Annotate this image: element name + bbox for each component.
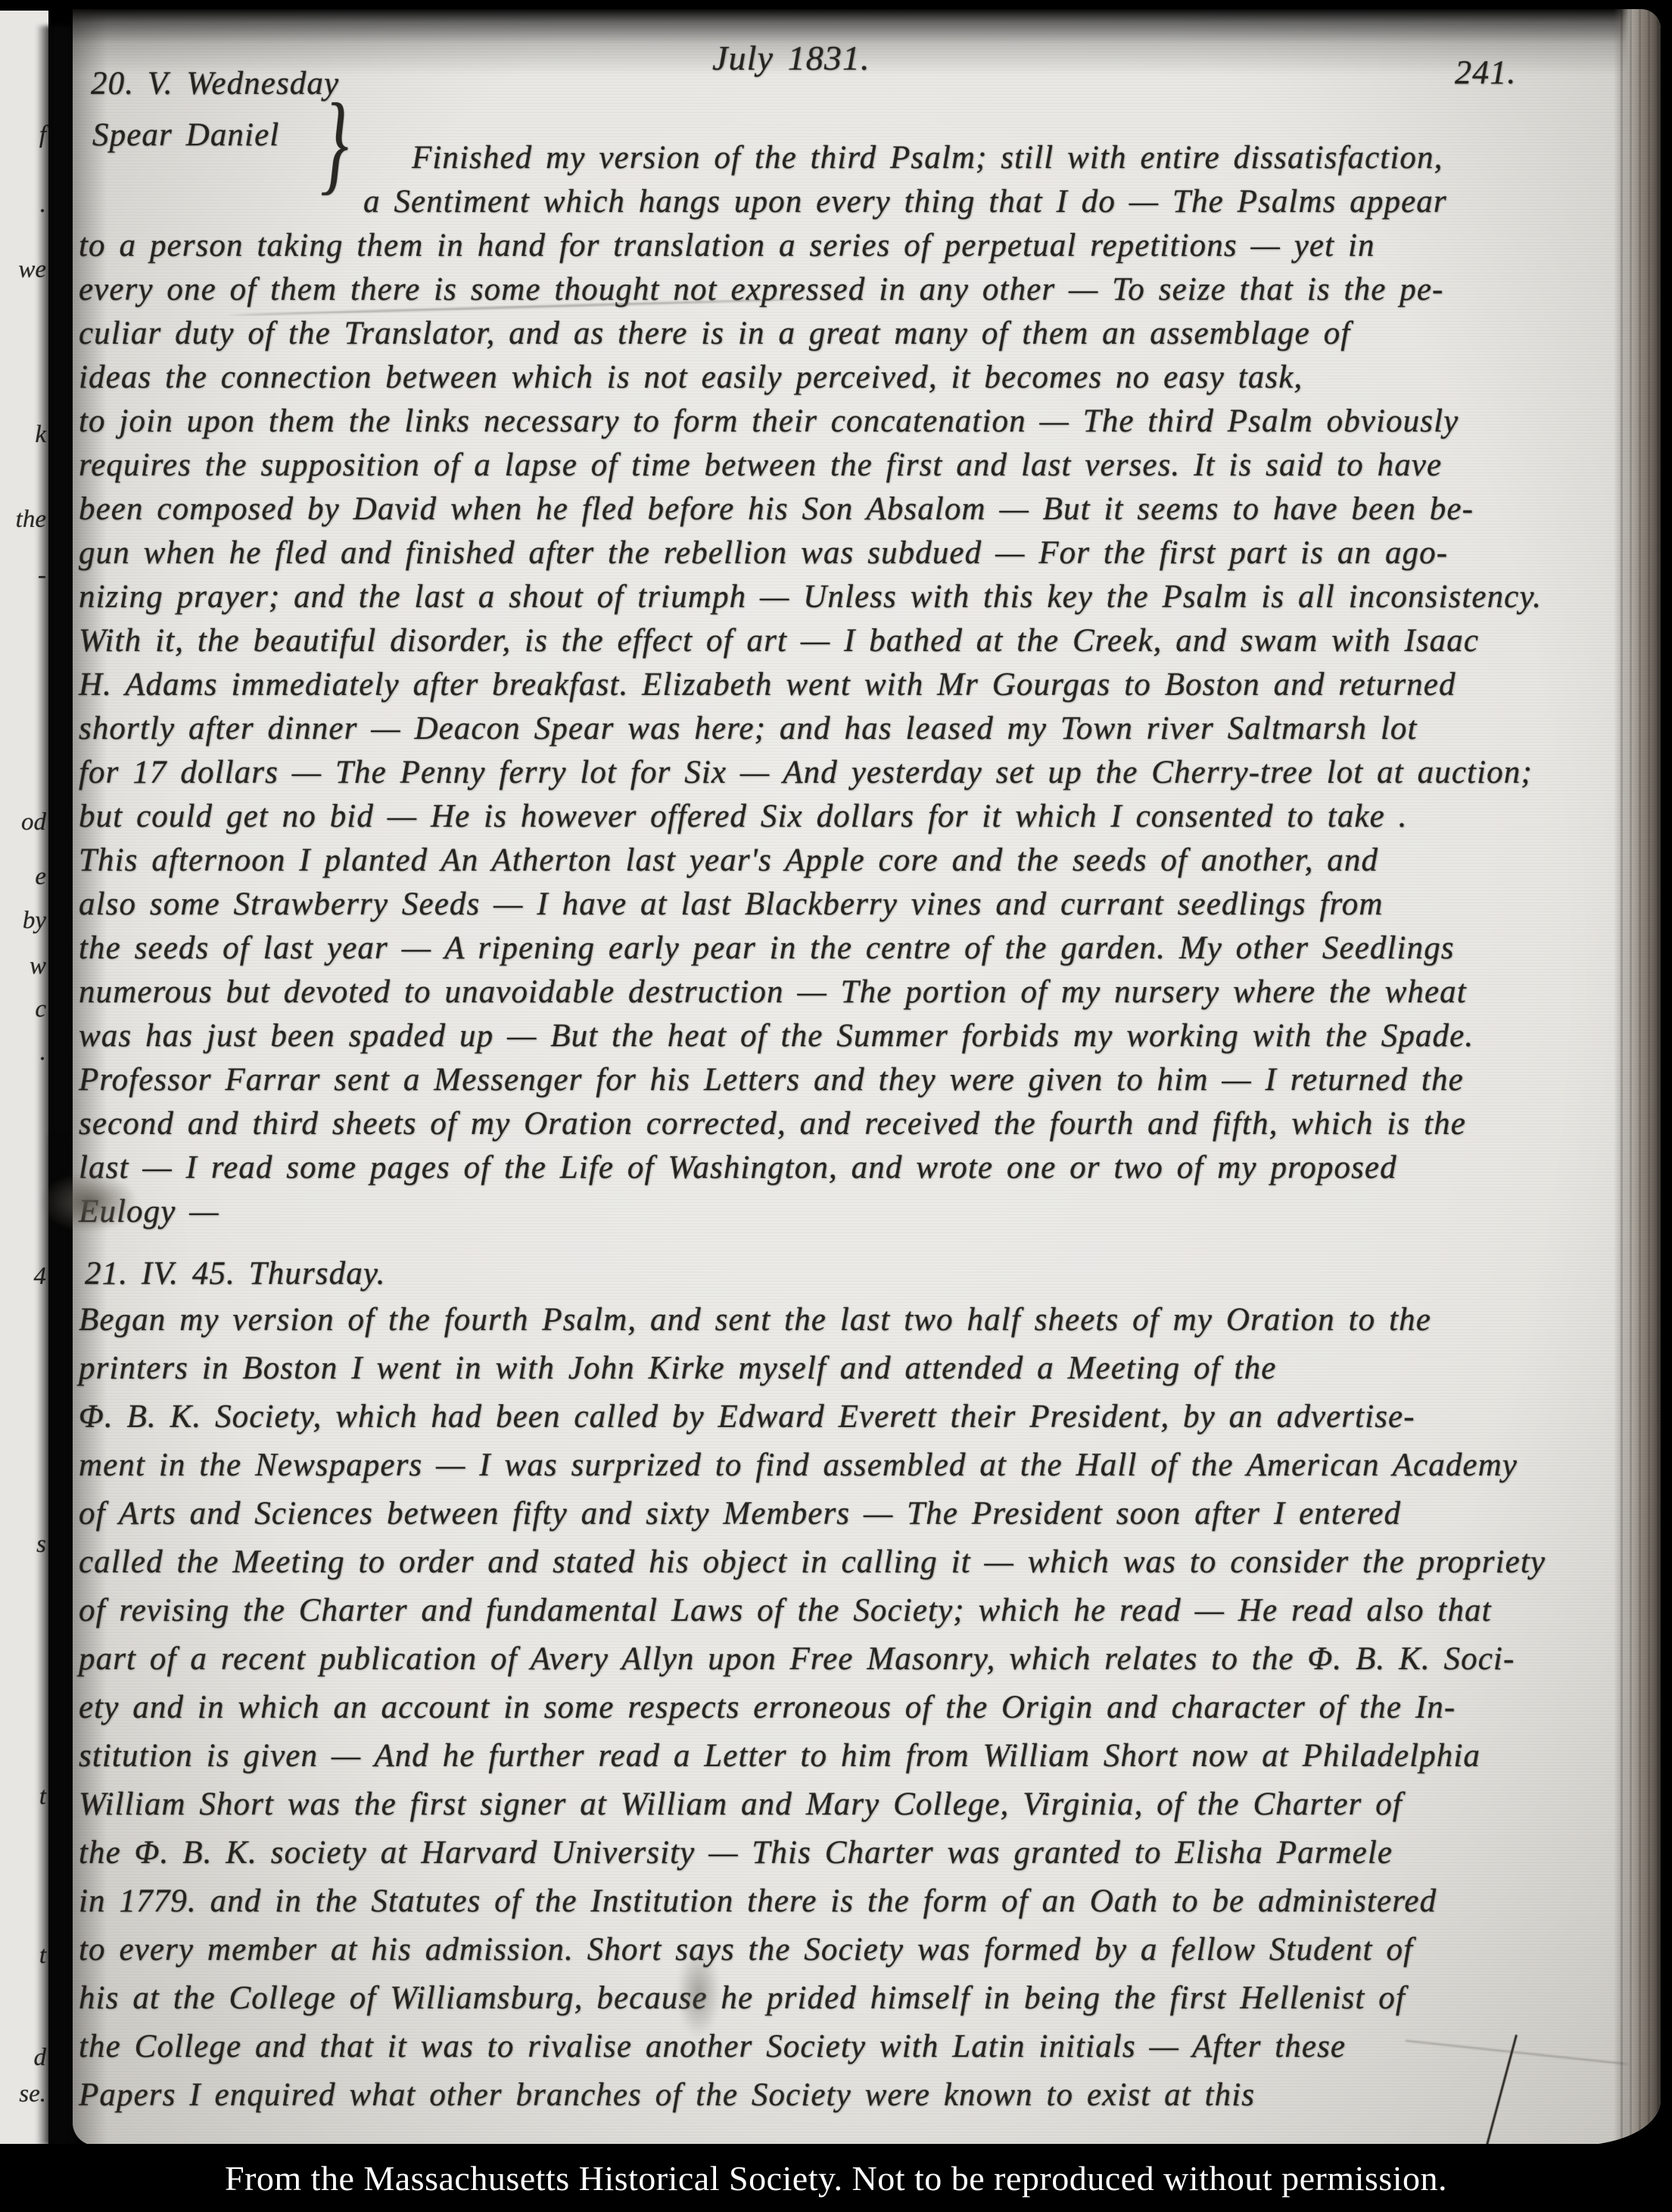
gutter-smudge: [39, 1172, 138, 1232]
manuscript-line: called the Meeting to order and stated h…: [79, 1538, 1638, 1587]
manuscript-line: Φ. B. K. Society, which had been called …: [79, 1393, 1638, 1441]
entry-1-body: Finished my version of the third Psalm; …: [79, 136, 1638, 1234]
manuscript-line: nizing prayer; and the last a shout of t…: [79, 575, 1638, 619]
manuscript-line: to join upon them the links necessary to…: [79, 400, 1638, 444]
header-date: July 1831.: [712, 38, 870, 78]
manuscript-line: been composed by David when he fled befo…: [79, 488, 1638, 531]
manuscript-line: printers in Boston I went in with John K…: [79, 1344, 1638, 1393]
manuscript-line: the seeds of last year — A ripening earl…: [79, 927, 1638, 970]
scanned-diary-page: f.wekthe-odebywc.4sttdse. July 1831. 241…: [0, 0, 1672, 2212]
manuscript-line: gun when he fled and finished after the …: [79, 531, 1638, 575]
entry-1-heading: 20. V. Wednesday: [91, 65, 339, 102]
manuscript-line: Began my version of the fourth Psalm, an…: [79, 1296, 1638, 1344]
manuscript-line: part of a recent publication of Avery Al…: [79, 1635, 1638, 1684]
manuscript-line: Eulogy —: [79, 1190, 1638, 1234]
manuscript-line: Finished my version of the third Psalm; …: [79, 136, 1638, 180]
manuscript-line: ment in the Newspapers — I was surprized…: [79, 1441, 1638, 1490]
manuscript-line: his at the College of Williamsburg, beca…: [79, 1974, 1638, 2023]
manuscript-line: stitution is given — And he further read…: [79, 1732, 1638, 1781]
page-number: 241.: [1455, 53, 1516, 92]
manuscript-line: ideas the connection between which is no…: [79, 356, 1638, 400]
manuscript-line: second and third sheets of my Oration co…: [79, 1102, 1638, 1146]
manuscript-line: culiar duty of the Translator, and as th…: [79, 312, 1638, 356]
manuscript-line: requires the supposition of a lapse of t…: [79, 444, 1638, 488]
manuscript-line: This afternoon I planted An Atherton las…: [79, 839, 1638, 883]
manuscript-line: for 17 dollars — The Penny ferry lot for…: [79, 751, 1638, 795]
manuscript-line: a Sentiment which hangs upon every thing…: [79, 180, 1638, 224]
manuscript-line: of Arts and Sciences between fifty and s…: [79, 1490, 1638, 1538]
entry-2-body: Began my version of the fourth Psalm, an…: [79, 1296, 1638, 2120]
credit-text: From the Massachusetts Historical Societ…: [225, 2158, 1447, 2198]
manuscript-line: last — I read some pages of the Life of …: [79, 1146, 1638, 1190]
manuscript-line: numerous but devoted to unavoidable dest…: [79, 970, 1638, 1014]
manuscript-line: every one of them there is some thought …: [79, 268, 1638, 312]
manuscript-line: to every member at his admission. Short …: [79, 1926, 1638, 1974]
manuscript-line: ety and in which an account in some resp…: [79, 1684, 1638, 1732]
manuscript-line: was has just been spaded up — But the he…: [79, 1014, 1638, 1058]
manuscript-line: William Short was the first signer at Wi…: [79, 1781, 1638, 1829]
manuscript-line: Professor Farrar sent a Messenger for hi…: [79, 1058, 1638, 1102]
manuscript-line: shortly after dinner — Deacon Spear was …: [79, 707, 1638, 751]
entry-2-heading: 21. IV. 45. Thursday.: [85, 1255, 386, 1292]
manuscript-line: but could get no bid — He is however off…: [79, 795, 1638, 839]
manuscript-line: of revising the Charter and fundamental …: [79, 1587, 1638, 1635]
credit-bar: From the Massachusetts Historical Societ…: [0, 2144, 1672, 2212]
manuscript-line: also some Strawberry Seeds — I have at l…: [79, 883, 1638, 927]
manuscript-line: the College and that it was to rivalise …: [79, 2023, 1638, 2071]
manuscript-line: to a person taking them in hand for tran…: [79, 224, 1638, 268]
manuscript-line: With it, the beautiful disorder, is the …: [79, 619, 1638, 663]
manuscript-line: in 1779. and in the Statutes of the Inst…: [79, 1877, 1638, 1926]
manuscript-line: Papers I enquired what other branches of…: [79, 2071, 1638, 2120]
book-page-edges: [1614, 9, 1661, 2145]
diary-page: July 1831. 241. 20. V. Wednesday Spear D…: [73, 9, 1661, 2145]
ink-smudge: [677, 1947, 721, 2038]
manuscript-line: the Φ. B. K. society at Harvard Universi…: [79, 1829, 1638, 1877]
manuscript-line: H. Adams immediately after breakfast. El…: [79, 663, 1638, 707]
